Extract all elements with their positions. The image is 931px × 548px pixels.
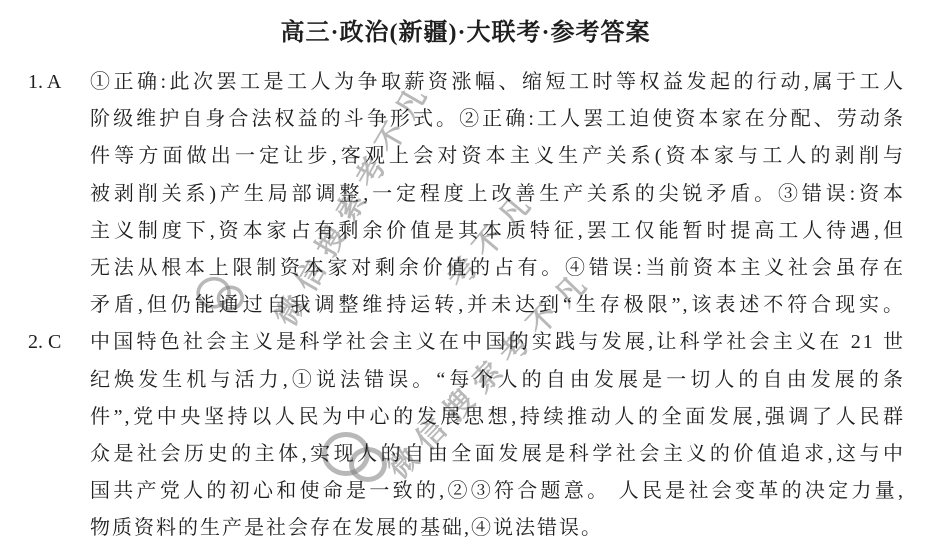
answer-item-1: 1. A ①正确:此次罢工是工人为争取薪资涨幅、缩短工时等权益发起的行动,属于工…	[28, 64, 905, 324]
answer-item-2: 2. C 中国特色社会主义是科学社会主义在中国的实践与发展,让科学社会主义在 2…	[28, 324, 905, 547]
text-line: 件”,党中央坚持以人民为中心的发展思想,持续推动人的全面发展,强调了人民群	[90, 399, 905, 436]
text-line: 无法从根本上限制资本家对剩余价值的占有。④错误:当前资本主义社会虽存在	[90, 250, 905, 287]
text-line: 中国特色社会主义是科学社会主义在中国的实践与发展,让科学社会主义在 21 世	[90, 324, 905, 361]
answer-number: 2. C	[28, 324, 90, 547]
text-line: 阶级维护自身合法权益的斗争形式。②正确:工人罢工迫使资本家在分配、劳动条	[90, 101, 905, 138]
answer-number: 1. A	[28, 64, 90, 324]
answer-explanation: 中国特色社会主义是科学社会主义在中国的实践与发展,让科学社会主义在 21 世 纪…	[90, 324, 905, 547]
answer-list: 1. A ①正确:此次罢工是工人为争取薪资涨幅、缩短工时等权益发起的行动,属于工…	[28, 64, 905, 547]
text-line: 纪焕发生机与活力,①说法错误。“每个人的自由发展是一切人的自由发展的条	[90, 362, 905, 399]
answer-explanation: ①正确:此次罢工是工人为争取薪资涨幅、缩短工时等权益发起的行动,属于工人 阶级维…	[90, 64, 905, 324]
text-line: 国共产党人的初心和使命是一致的,②③符合题意。 人民是社会变革的决定力量,	[90, 473, 905, 510]
text-line: 件等方面做出一定让步,客观上会对资本主义生产关系(资本家与工人的剥削与	[90, 138, 905, 175]
text-line: ①正确:此次罢工是工人为争取薪资涨幅、缩短工时等权益发起的行动,属于工人	[90, 64, 905, 101]
text-line: 众是社会历史的主体,实现人的自由全面发展是科学社会主义的价值追求,这与中	[90, 436, 905, 473]
text-line: 矛盾,但仍能通过自我调整维持运转,并未达到“生存极限”,该表述不符合现实。	[90, 287, 905, 324]
text-line: 主义制度下,资本家占有剩余价值是其本质特征,罢工仅能暂时提高工人待遇,但	[90, 213, 905, 250]
text-line: 物质资料的生产是社会存在发展的基础,④说法错误。	[90, 510, 905, 547]
page-title: 高三·政治(新疆)·大联考·参考答案	[0, 12, 931, 47]
text-line: 被剥削关系)产生局部调整,一定程度上改善生产关系的尖锐矛盾。③错误:资本	[90, 176, 905, 213]
